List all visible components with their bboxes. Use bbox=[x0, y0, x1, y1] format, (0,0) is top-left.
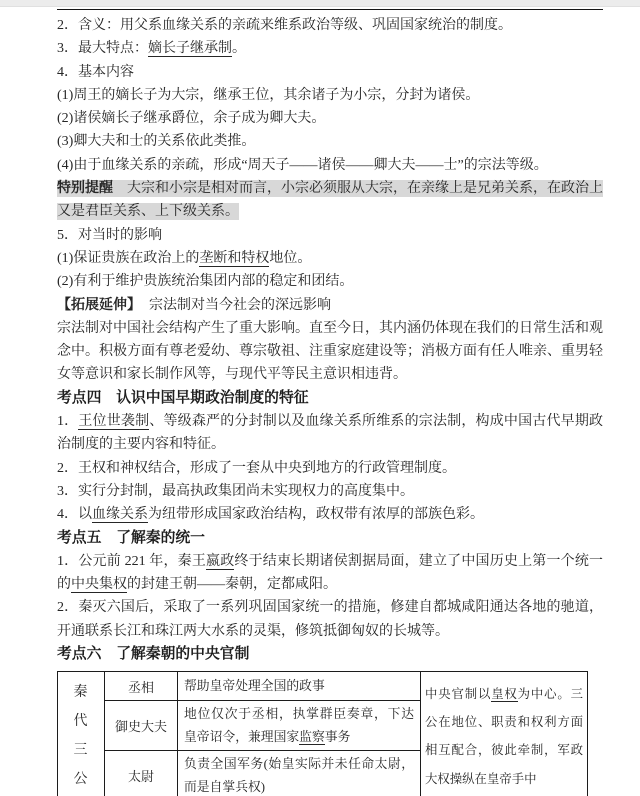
paragraph: (4)由于血缘关系的亲疏，形成“周天子——诸侯——卿大夫——士”的宗法等级。 bbox=[57, 154, 603, 177]
underlined-text: 监察 bbox=[299, 730, 325, 745]
office-cell: 丞相 bbox=[105, 672, 178, 701]
text-run: (3)卿大夫和士的关系依此类推。 bbox=[57, 134, 255, 149]
duty-cell: 地位仅次于丞相，执掌群臣奏章，下达皇帝诏令，兼理国家监察事务 bbox=[178, 701, 421, 751]
vertical-header-char: 代 bbox=[59, 707, 103, 736]
paragraph: (3)卿大夫和士的关系依此类推。 bbox=[57, 130, 603, 153]
underlined-text: 王位世袭制 bbox=[78, 414, 149, 430]
office-cell: 太尉 bbox=[105, 751, 178, 796]
text-run: 的封建王朝——秦朝，定都咸阳。 bbox=[127, 577, 337, 592]
text-run: 为纽带形成国家政治结构，政权带有浓厚的部族色彩。 bbox=[148, 507, 484, 522]
document-page: 2．含义：用父系血缘关系的亲疏来维系政治等级、巩固国家统治的制度。3．最大特点：… bbox=[0, 9, 640, 796]
text-run: 3．实行分封制，最高执政集团尚未实现权力的高度集中。 bbox=[57, 484, 414, 499]
underlined-text: 皇权 bbox=[491, 687, 517, 702]
text-run: 5．对当时的影响 bbox=[57, 228, 162, 243]
text-run: 宗法制对中国社会结构产生了重大影响。直至今日，其内涵仍体现在我们的日常生活和观念… bbox=[57, 321, 603, 383]
underlined-text: 垄断和特权 bbox=[199, 251, 269, 267]
text-run: (4)由于血缘关系的亲疏，形成“周天子——诸侯——卿大夫——士”的宗法等级。 bbox=[57, 158, 548, 173]
paragraph: 1．王位世袭制、等级森严的分封制以及血缘关系所维系的宗法制，构成中国古代早期政治… bbox=[57, 410, 603, 457]
underlined-text: 嫡长子继承制 bbox=[148, 41, 232, 57]
text-run: 。 bbox=[232, 41, 246, 56]
paragraph: (1)保证贵族在政治上的垄断和特权地位。 bbox=[57, 247, 603, 270]
text-run: 3．最大特点： bbox=[57, 41, 148, 56]
text-run: (1)周王的嫡长子为大宗，继承王位，其余诸子为小宗，分封为诸侯。 bbox=[57, 88, 479, 103]
text-run: 帮助皇帝处理全国的政事 bbox=[184, 679, 325, 693]
paragraph: 宗法制对中国社会结构产生了重大影响。直至今日，其内涵仍体现在我们的日常生活和观念… bbox=[57, 317, 603, 387]
paragraph: 2．王权和神权结合，形成了一套从中央到地方的行政管理制度。 bbox=[57, 457, 603, 480]
paragraph: 1．公元前 221 年，秦王嬴政终于结束长期诸侯割据局面，建立了中国历史上第一个… bbox=[57, 550, 603, 597]
qin-central-officials-table: 秦代三公 丞相 帮助皇帝处理全国的政事 中央官制以皇权为中心。三公在地位、职责和… bbox=[57, 671, 588, 796]
text-run: (2)诸侯嫡长子继承爵位，余子成为卿大夫。 bbox=[57, 111, 325, 126]
underlined-text: 嬴政 bbox=[206, 554, 234, 570]
document-body: 2．含义：用父系血缘关系的亲疏来维系政治等级、巩固国家统治的制度。3．最大特点：… bbox=[57, 14, 603, 666]
text-run: (1)保证贵族在政治上的 bbox=[57, 251, 199, 266]
paragraph: 5．对当时的影响 bbox=[57, 224, 603, 247]
text-run: 大宗和小宗是相对而言，小宗必须服从大宗，在亲缘上是兄弟关系，在政治上又是君臣关系… bbox=[57, 181, 603, 219]
text-run: 2．秦灭六国后，采取了一系列巩固国家统一的措施，修建自都城咸阳通达各地的驰道，开… bbox=[57, 600, 603, 638]
vertical-header-char: 公 bbox=[59, 765, 103, 794]
text-run: 4．基本内容 bbox=[57, 65, 134, 80]
paragraph: 3．实行分封制，最高执政集团尚未实现权力的高度集中。 bbox=[57, 480, 603, 503]
cropped-page-top-strip bbox=[0, 0, 640, 7]
paragraph: 2．秦灭六国后，采取了一系列巩固国家统一的措施，修建自都城咸阳通达各地的驰道，开… bbox=[57, 596, 603, 643]
text-run: 2．含义：用父系血缘关系的亲疏来维系政治等级、巩固国家统治的制度。 bbox=[57, 18, 512, 33]
paragraph: 【拓展延伸】宗法制对当今社会的深远影响 bbox=[57, 294, 603, 317]
special-reminder-callout: 特别提醒大宗和小宗是相对而言，小宗必须服从大宗，在亲缘上是兄弟关系，在政治上又是… bbox=[57, 177, 603, 224]
duty-cell: 帮助皇帝处理全国的政事 bbox=[178, 672, 421, 701]
text-run: 事务 bbox=[325, 730, 351, 744]
text-run: 负责全国军务(始皇实际并未任命太尉，而是自掌兵权) bbox=[184, 757, 414, 794]
vertical-header-char: 三 bbox=[59, 736, 103, 765]
section-heading: 考点四 认识中国早期政治制度的特征 bbox=[57, 387, 603, 410]
text-run: 地位。 bbox=[269, 251, 311, 266]
paragraph: 4．以血缘关系为纽带形成国家政治结构，政权带有浓厚的部族色彩。 bbox=[57, 503, 603, 526]
duty-cell: 负责全国军务(始皇实际并未任命太尉，而是自掌兵权) bbox=[178, 751, 421, 796]
header-rule bbox=[57, 9, 603, 10]
text-run: 4．以 bbox=[57, 507, 92, 522]
paragraph: 3．最大特点：嫡长子继承制。 bbox=[57, 37, 603, 60]
section-heading: 考点五 了解秦的统一 bbox=[57, 527, 603, 550]
text-run: 中央官制以 bbox=[425, 687, 491, 701]
text-run: (2)有利于维护贵族统治集团内部的稳定和团结。 bbox=[57, 274, 353, 289]
text-run: 考点六 了解秦朝的中央官制 bbox=[57, 646, 249, 662]
paragraph: (2)诸侯嫡长子继承爵位，余子成为卿大夫。 bbox=[57, 107, 603, 130]
highlighted-text: 特别提醒大宗和小宗是相对而言，小宗必须服从大宗，在亲缘上是兄弟关系，在政治上又是… bbox=[57, 180, 603, 220]
office-cell: 御史大夫 bbox=[105, 701, 178, 751]
table-row: 秦代三公 丞相 帮助皇帝处理全国的政事 中央官制以皇权为中心。三公在地位、职责和… bbox=[58, 672, 588, 701]
paragraph: (2)有利于维护贵族统治集团内部的稳定和团结。 bbox=[57, 270, 603, 293]
underlined-text: 中央集权 bbox=[71, 577, 127, 593]
callout-label: 【拓展延伸】 bbox=[57, 298, 141, 313]
text-run: 考点五 了解秦的统一 bbox=[57, 530, 205, 546]
table-row-header-vertical: 秦代三公 bbox=[58, 672, 105, 796]
summary-cell: 中央官制以皇权为中心。三公在地位、职责和权利方面相互配合，彼此牵制，军政大权操纵… bbox=[421, 672, 588, 796]
paragraph: 2．含义：用父系血缘关系的亲疏来维系政治等级、巩固国家统治的制度。 bbox=[57, 14, 603, 37]
vertical-header-char: 秦 bbox=[59, 678, 103, 707]
text-run: 1． bbox=[57, 414, 78, 429]
paragraph: 4．基本内容 bbox=[57, 61, 603, 84]
callout-label: 特别提醒 bbox=[57, 181, 113, 196]
text-run: 2．王权和神权结合，形成了一套从中央到地方的行政管理制度。 bbox=[57, 461, 456, 476]
text-run: 宗法制对当今社会的深远影响 bbox=[149, 298, 331, 313]
text-run: 考点四 认识中国早期政治制度的特征 bbox=[57, 390, 309, 406]
paragraph: (1)周王的嫡长子为大宗，继承王位，其余诸子为小宗，分封为诸侯。 bbox=[57, 84, 603, 107]
underlined-text: 血缘关系 bbox=[92, 507, 148, 523]
section-heading: 考点六 了解秦朝的中央官制 bbox=[57, 643, 603, 666]
text-run: 1．公元前 221 年，秦王 bbox=[57, 554, 206, 569]
